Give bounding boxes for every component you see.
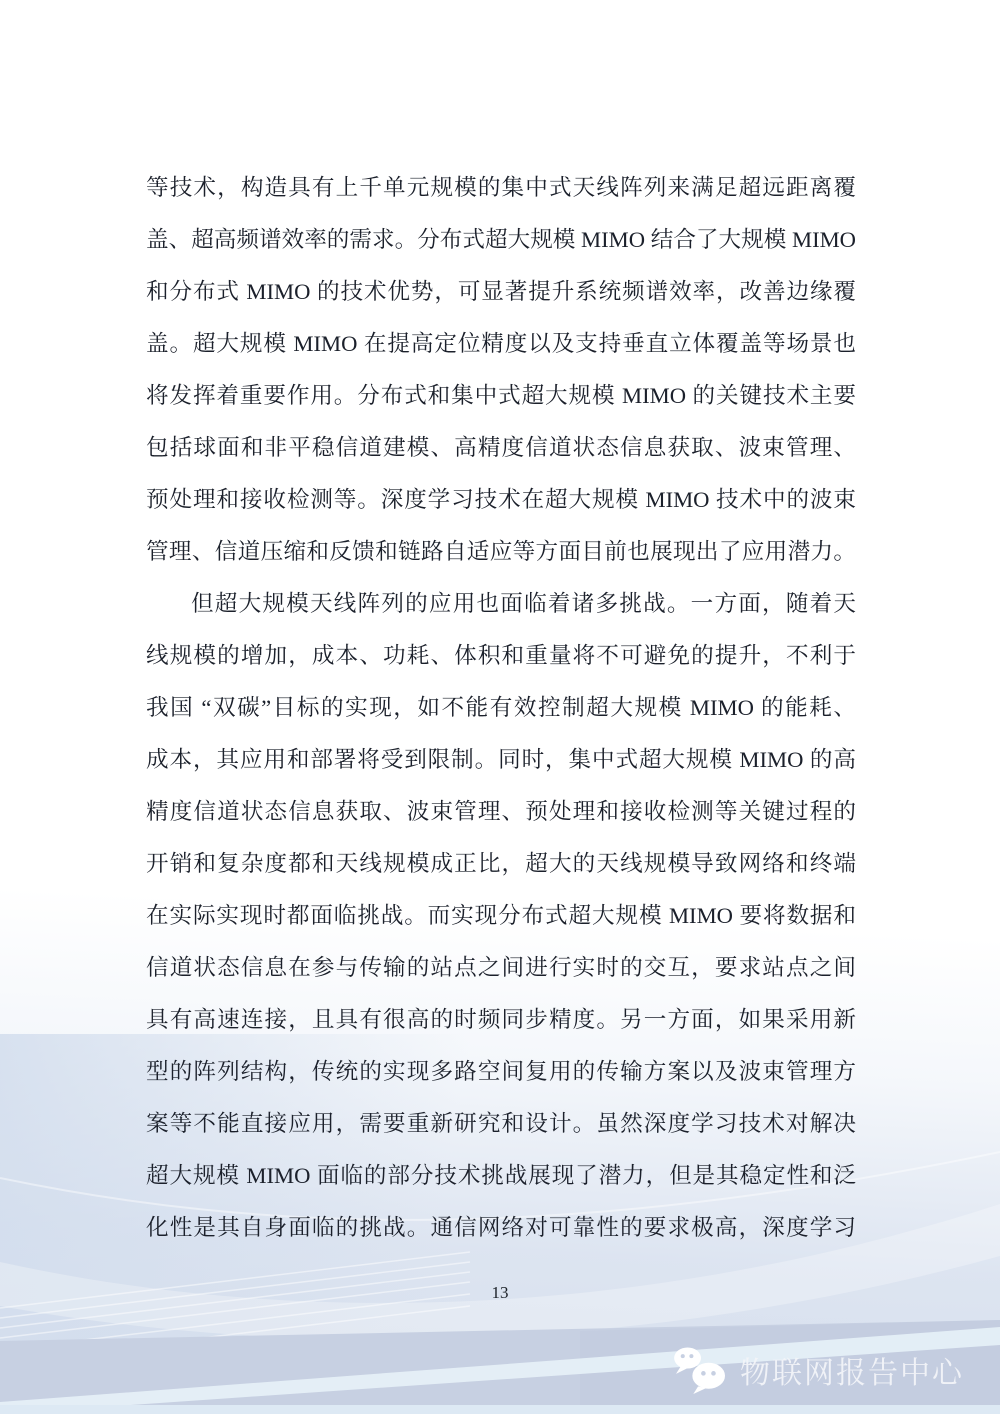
paragraph-1: 等技术，构造具有上千单元规模的集中式天线阵列来满足超远距离覆 盖、超高频谱效率的…: [146, 162, 856, 578]
footer-brand-label: 物联网报告中心: [740, 1348, 964, 1392]
text-line: 盖。超大规模 MIMO 在提高定位精度以及支持垂直立体覆盖等场景也: [146, 318, 856, 370]
wechat-icon: [672, 1346, 730, 1394]
page-number: 13: [0, 1283, 1000, 1303]
text-line: 线规模的增加，成本、功耗、体积和重量将不可避免的提升，不利于: [146, 630, 856, 682]
text-line: 具有高速连接，且具有很高的时频同步精度。另一方面，如果采用新: [146, 994, 856, 1046]
text-line: 包括球面和非平稳信道建模、高精度信道状态信息获取、波束管理、: [146, 422, 856, 474]
text-line: 开销和复杂度都和天线规模成正比，超大的天线规模导致网络和终端: [146, 838, 856, 890]
text-line: 在实际实现时都面临挑战。而实现分布式超大规模 MIMO 要将数据和: [146, 890, 856, 942]
text-line: 精度信道状态信息获取、波束管理、预处理和接收检测等关键过程的: [146, 786, 856, 838]
text-line: 化性是其自身面临的挑战。通信网络对可靠性的要求极高，深度学习: [146, 1202, 856, 1254]
text-line: 信道状态信息在参与传输的站点之间进行实时的交互，要求站点之间: [146, 942, 856, 994]
text-line: 案等不能直接应用，需要重新研究和设计。虽然深度学习技术对解决: [146, 1098, 856, 1150]
text-line: 管理、信道压缩和反馈和链路自适应等方面目前也展现出了应用潜力。: [146, 526, 856, 578]
footer-brand: 物联网报告中心: [672, 1346, 964, 1394]
text-line: 型的阵列结构，传统的实现多路空间复用的传输方案以及波束管理方: [146, 1046, 856, 1098]
text-line: 但超大规模天线阵列的应用也面临着诸多挑战。一方面，随着天: [146, 578, 856, 630]
text-line: 超大规模 MIMO 面临的部分技术挑战展现了潜力，但是其稳定性和泛: [146, 1150, 856, 1202]
document-page: 等技术，构造具有上千单元规模的集中式天线阵列来满足超远距离覆 盖、超高频谱效率的…: [0, 0, 1000, 1414]
text-line: 和分布式 MIMO 的技术优势，可显著提升系统频谱效率，改善边缘覆: [146, 266, 856, 318]
text-line: 我国 “双碳”目标的实现，如不能有效控制超大规模 MIMO 的能耗、: [146, 682, 856, 734]
paragraph-2: 但超大规模天线阵列的应用也面临着诸多挑战。一方面，随着天 线规模的增加，成本、功…: [146, 578, 856, 1254]
text-line: 等技术，构造具有上千单元规模的集中式天线阵列来满足超远距离覆: [146, 162, 856, 214]
text-line: 将发挥着重要作用。分布式和集中式超大规模 MIMO 的关键技术主要: [146, 370, 856, 422]
document-text: 等技术，构造具有上千单元规模的集中式天线阵列来满足超远距离覆 盖、超高频谱效率的…: [146, 162, 856, 1254]
text-line: 预处理和接收检测等。深度学习技术在超大规模 MIMO 技术中的波束: [146, 474, 856, 526]
text-line: 盖、超高频谱效率的需求。分布式超大规模 MIMO 结合了大规模 MIMO: [146, 214, 856, 266]
text-line: 成本，其应用和部署将受到限制。同时，集中式超大规模 MIMO 的高: [146, 734, 856, 786]
